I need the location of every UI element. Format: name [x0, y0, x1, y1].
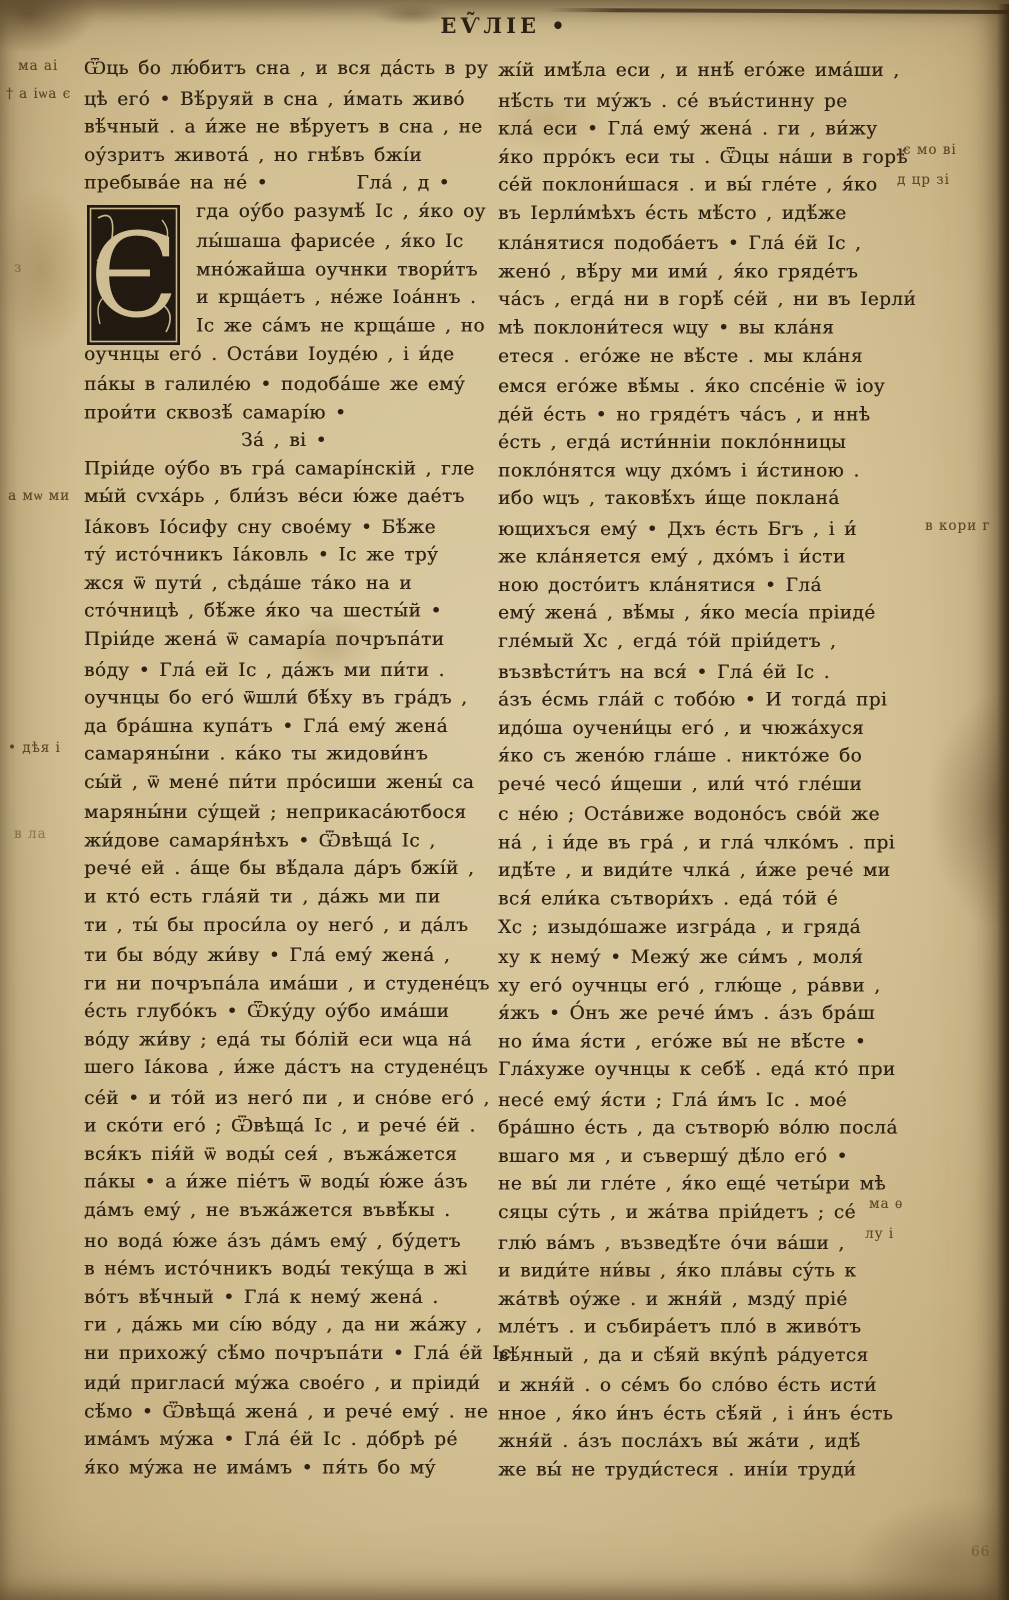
text-line: рече́ чесо́ и́щеши , или́ что́ гле́ши — [498, 771, 896, 799]
text-line: маряны́ни су́щей ; неприкаса́ютбося — [84, 799, 484, 827]
chapter-mark: Гла́ , д • — [357, 170, 450, 198]
text-line: мле́тъ . и събира́етъ пло́ в живо́тъ — [498, 1314, 896, 1342]
text-line: ху его́ оучнцы его́ , глю́ще , ра́вви , — [498, 972, 896, 1000]
text-line: я́ко съ жено́ю гла́ше . никто́же бо — [498, 743, 896, 771]
text-line: въ Іерли́мѣхъ е́сть мѣ́сто , идѣ́же — [498, 200, 896, 228]
text-line: вѣ́чный , да и сѣ́яй вку́пѣ ра́дуется — [498, 1342, 896, 1370]
text-line: и види́те ни́вы , я́ко пла́вы су́ть к — [498, 1258, 896, 1286]
text-line: и кто́ есть гла́яй ти , да́жь ми пи — [84, 883, 484, 911]
text-line: кла́ еси • Гла́ ему́ жена́ . ги , ви́жу — [498, 116, 896, 144]
margin-note: а мѡ ми — [8, 488, 70, 504]
text-line: в не́мъ исто́чникъ воды́ теку́ща в жі — [84, 1256, 484, 1284]
text-line: я́жъ • О́нъ же рече́ и́мъ . а́зъ бра́ш — [498, 1000, 896, 1028]
verse-text: пребыва́е на не́ • — [84, 170, 268, 198]
text-column-left: Ѿць бо лю́битъ сна , и вся да́сть в руцѣ… — [84, 0, 484, 1600]
text-line: сто́чницѣ , бѣ́же я́ко ча шесты́й • — [84, 598, 484, 626]
text-line: Іа́ковъ Іо́сифу сну свое́му • Бѣ́же — [84, 514, 484, 542]
text-line: да́мъ ему́ , не въжа́жется въвѣ́кы . — [84, 1197, 484, 1225]
margin-note: д цр зі — [897, 172, 950, 188]
text-line: ти бы во́ду жи́ву • Гла́ ему́ жена́ , — [84, 942, 484, 970]
text-line: се́й поклони́шася . и вы́ гле́те , я́ко — [498, 172, 896, 200]
text-line: бра́шно е́сть , да сътворю́ во́лю посла́ — [498, 1115, 896, 1143]
margin-note: лу і — [865, 1226, 894, 1242]
text-line: несе́ ему́ я́сти ; Гла́ и́мъ Іс . мое́ — [498, 1087, 896, 1115]
text-line: во́ду жи́ву ; еда́ ты бо́лій еси ѡца на́ — [84, 1026, 484, 1054]
text-line: Гла́хуже оучнцы к себѣ́ . еда́ кто́ при — [498, 1056, 896, 1084]
text-line: ги ни почръпа́ла има́ши , и студене́цъ — [84, 970, 484, 998]
text-line: но и́ма я́сти , его́же вы́ не вѣ́сте • — [498, 1028, 896, 1056]
text-line: ющихъся ему́ • Дхъ е́сть Бгъ , і и́ — [498, 516, 896, 544]
text-line: сы́й , ѿ мене́ пи́ти про́сиши жены́ са — [84, 769, 484, 797]
text-column-right: жі́й имѣ́ла еси , и ннѣ́ его́же има́ши ,… — [498, 0, 896, 1600]
text-line: покло́нятся ѡцу дхо́мъ і и́стиною . — [498, 457, 896, 485]
text-line: ему́ жена́ , вѣ́мы , я́ко месі́а пріиде́ — [498, 600, 896, 628]
text-line: жено́ , вѣ́ру ми ими́ , я́ко гряде́тъ — [498, 258, 896, 286]
margin-note: ма ѳ — [869, 1196, 903, 1212]
margin-note: є мо ві — [903, 142, 957, 158]
text-line: нѣ́сть ти му́жъ . се́ въи́стинну ре — [498, 88, 896, 116]
text-line: же кла́няется ему́ , дхо́мъ і и́сти — [498, 544, 896, 572]
margin-note: в кори г — [925, 518, 990, 534]
text-line: жа́твѣ оу́же . и жня́й , мзду́ пріе́ — [498, 1286, 896, 1314]
margin-note: ма аі — [18, 58, 58, 74]
text-line: глю́ ва́мъ , възведѣ́те о́чи ва́ши , — [498, 1230, 896, 1258]
margin-note: в ла — [14, 826, 47, 842]
text-line: а́зъ е́смь гла́й с тобо́ю • И тогда́ прі — [498, 687, 896, 715]
text-line: идо́ша оучени́цы его́ , и чюжа́хуся — [498, 715, 896, 743]
text-line: Пріи́де жена́ ѿ самарі́а почръпа́ти — [84, 626, 484, 654]
text-line: с не́ю ; Оста́виже водоно́съ сво́й же — [498, 801, 896, 829]
text-line: па́кы • а и́же піе́тъ ѿ воды́ ю́же а́зъ — [84, 1169, 484, 1197]
text-line: же вы́ не труди́стеся . ині́и труди́ — [498, 1456, 896, 1484]
margin-notes-left: ма аі† а іѡа єза мѡ ми• дѣя ів ла — [4, 0, 82, 1600]
text-line: идѣ́те , и види́те члка́ , и́же рече́ ми — [498, 857, 896, 885]
text-line: самаряны́ни . ка́ко ты жидови́нъ — [84, 741, 484, 769]
text-line: я́ко прро́къ еси ты . Ѿцы на́ши в горѣ́ — [498, 144, 896, 172]
text-line: ни прихожу́ сѣ́мо почръпа́ти • Гла́ е́й … — [84, 1340, 484, 1368]
text-line: Хс ; изыдо́шаже изгра́да , и гряда́ — [498, 914, 896, 942]
text-line: вся́къ пія́й ѿ воды́ сея́ , въжа́жется — [84, 1141, 484, 1169]
text-line: да бра́шна купа́тъ • Гла́ ему́ жена́ — [84, 713, 484, 741]
margin-note: • дѣя і — [8, 740, 61, 756]
text-line: се́й • и то́й из него́ пи , и сно́ве его… — [84, 1085, 484, 1113]
text-line: гле́мый Хс , егда́ то́й пріи́детъ , — [498, 628, 896, 656]
text-line: оучнцы бо его́ ѿшли́ бѣ́ху въ гра́дъ , — [84, 685, 484, 713]
margin-note: 66 — [971, 1544, 990, 1560]
text-line: мѣ поклони́теся ѡцу • вы кла́ня — [498, 314, 896, 342]
text-line: де́й е́сть • но гряде́тъ ча́съ , и ннѣ — [498, 401, 896, 429]
text-line: нное , я́ко и́нъ е́сть сѣ́яй , і и́нъ е́… — [498, 1400, 896, 1428]
margin-notes-right: є мо від цр зів кори гма ѳлу і66 — [885, 0, 1005, 1600]
text-line: я́ко му́жа не има́мъ • пя́ть бо му́ — [84, 1454, 484, 1482]
text-line: За́ , ві • — [84, 427, 484, 455]
text-line: ною досто́итъ кла́нятися • Гла́ — [498, 572, 896, 600]
text-line: па́кы в галиле́ю • подоба́ше же ему́ — [84, 371, 484, 399]
text-line: во́тъ вѣ́чный • Гла́ к нему́ жена́ . — [84, 1284, 484, 1312]
text-line: жі́й имѣ́ла еси , и ннѣ́ его́же има́ши , — [498, 57, 896, 85]
margin-note: † а іѡа є — [6, 86, 71, 102]
text-line: не вы́ ли гле́те , я́ко еще́ четы́ри мѣ — [498, 1171, 896, 1199]
text-line: възвѣсти́тъ на вся́ • Гла́ е́й Іс . — [498, 659, 896, 687]
text-line: во́ду • Гла́ ей Іс , да́жъ ми пи́ти . — [84, 657, 484, 685]
text-line: мы́й сѵха́рь , бли́зъ ве́си ю́же дае́тъ — [84, 483, 484, 511]
text-line: кла́нятися подоба́етъ • Гла́ е́й Іс , — [498, 230, 896, 258]
text-line: е́сть глубо́къ • Ѿку́ду оу́бо има́ши — [84, 998, 484, 1026]
text-line: прои́ти сквозѣ́ самарі́ю • — [84, 399, 484, 427]
text-line: сѣ́мо • Ѿвѣща́ жена́ , и рече́ ему́ . не — [84, 1398, 484, 1426]
margin-note: з — [14, 260, 22, 276]
text-line: шего Іа́кова , и́же да́стъ на студене́цъ — [84, 1054, 484, 1082]
book-page: ЕѴ̃ЛІЕ • Є Ѿць бо лю́битъ сна , и вся да… — [0, 0, 1009, 1600]
text-line: ху к нему́ • Межу́ же си́мъ , моля́ — [498, 944, 896, 972]
text-line: има́мъ му́жа • Гла́ е́й Іс . до́брѣ ре́ — [84, 1426, 484, 1454]
text-line: Ѿць бо лю́битъ сна , и вся да́сть в ру — [84, 55, 484, 83]
text-line: Пріи́де оу́бо въ гра́ самарі́нскій , гле — [84, 455, 484, 483]
text-line: ти , ты́ бы проси́ла оу него́ , и да́лъ — [84, 912, 484, 940]
text-line: вѣ́чный . а и́же не вѣ́руетъ в сна , не — [84, 114, 484, 142]
text-line: вшаго мя , и съвершу́ дѣ́ло его́ • — [498, 1143, 896, 1171]
text-line: емся его́же вѣ́мы . я́ко спсе́ніе ѿ іоу — [498, 373, 896, 401]
text-line: пребыва́е на не́ •Гла́ , д • — [84, 170, 484, 198]
text-line: етеся . его́же не вѣ́сте . мы кла́ня — [498, 343, 896, 371]
text-line: на́ , і и́де въ гра́ , и гла́ члко́мъ . … — [498, 829, 896, 857]
text-line: ибо ѡцъ , таковѣ́хъ и́ще поклана́ — [498, 485, 896, 513]
text-line: е́сть , егда́ исти́нніи покло́нницы — [498, 429, 896, 457]
text-line: оу́зритъ живота́ , но гнѣ́въ бжі́и — [84, 142, 484, 170]
text-line: жся ѿ пути́ , сѣда́ше та́ко на и — [84, 570, 484, 598]
text-line: жи́дове самаря́нѣхъ • Ѿвѣща́ Іс , — [84, 827, 484, 855]
text-line: иди́ пригласи́ му́жа свое́го , и пріиди́ — [84, 1370, 484, 1398]
text-line: вся́ ели́ка сътвори́хъ . еда́ то́й е́ — [498, 885, 896, 913]
text-line: и ско́ти его́ ; Ѿвѣща́ Іс , и рече́ е́й … — [84, 1113, 484, 1141]
text-line: но вода́ ю́же а́зъ да́мъ ему́ , бу́детъ — [84, 1228, 484, 1256]
text-line: ги , да́жь ми сі́ю во́ду , да ни жа́жу , — [84, 1312, 484, 1340]
text-line: ту́ исто́чникъ Іа́ковль • Іс же тру́ — [84, 542, 484, 570]
text-line: сяцы су́ть , и жа́тва пріи́детъ ; се́ — [498, 1199, 896, 1227]
text-line: жня́й . а́зъ посла́хъ вы́ жа́ти , идѣ́ — [498, 1428, 896, 1456]
text-line: ча́съ , егда́ ни в горѣ́ се́й , ни въ Іе… — [498, 286, 896, 314]
text-line: цѣ его́ • Вѣ́руяй в сна , и́мать живо́ — [84, 86, 484, 114]
text-line: и жня́й . о се́мъ бо сло́во е́сть исти́ — [498, 1372, 896, 1400]
text-line: оучнцы его́ . Оста́ви Іоуде́ю , і и́де — [84, 341, 484, 369]
text-line: рече́ ей . а́ще бы вѣ́дала да́ръ бжі́й , — [84, 855, 484, 883]
